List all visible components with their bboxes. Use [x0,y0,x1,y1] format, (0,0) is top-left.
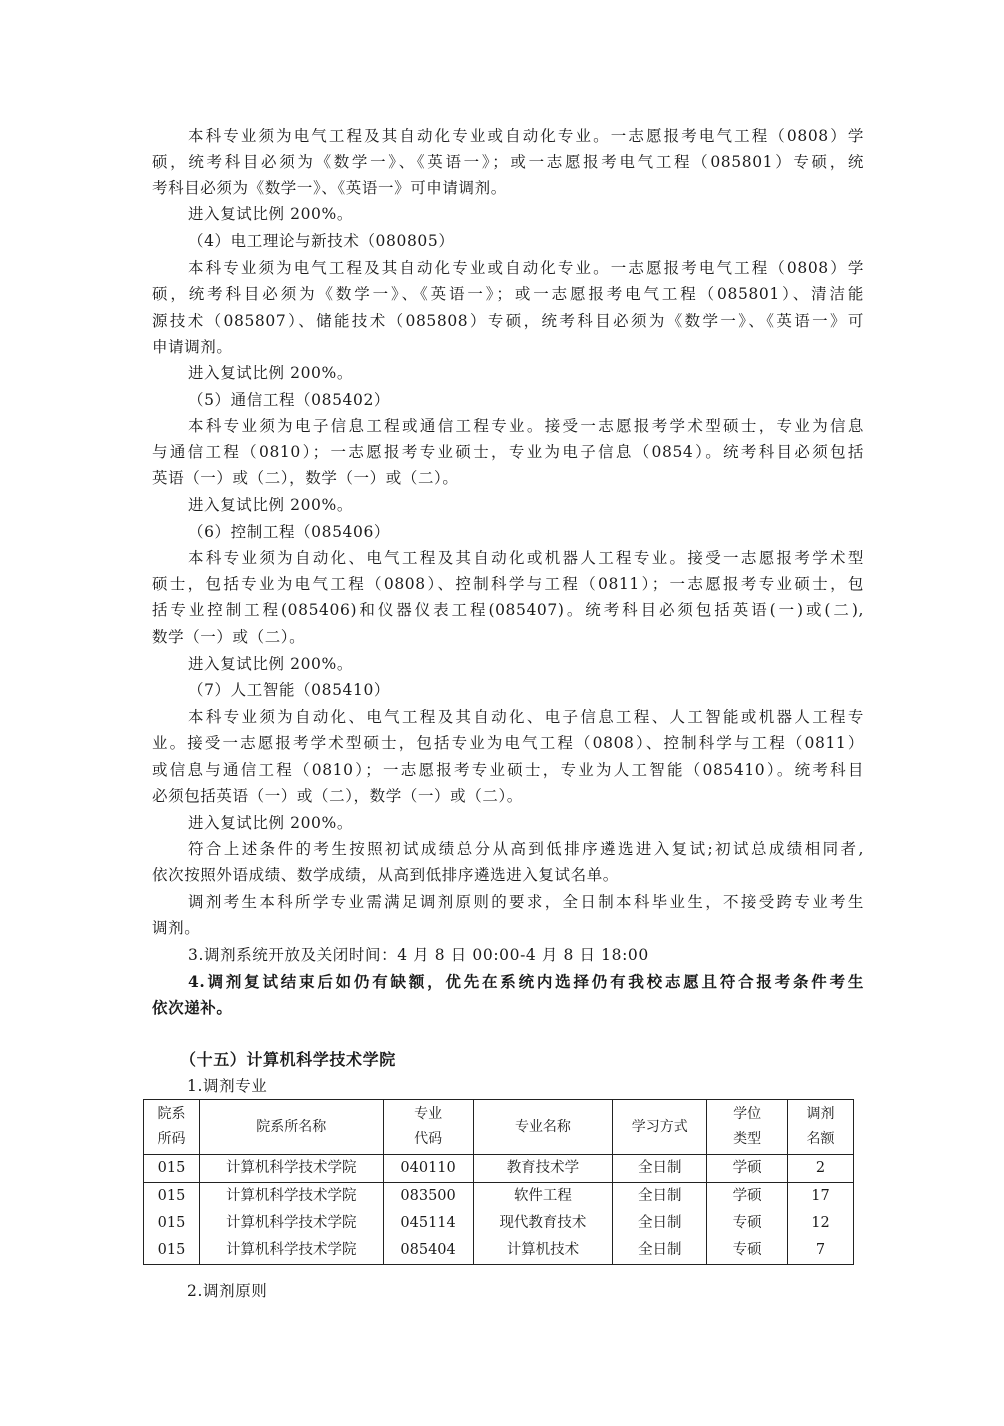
ratio-line: 进入复试比例 200%。 [188,813,353,833]
subsection-heading-6: （6）控制工程（085406） [188,522,390,542]
cell-major-code: 040110 [383,1155,473,1183]
cell-major-name: 教育技术学 [473,1155,613,1183]
subsection-heading-4: （4）电工理论与新技术（080805） [188,231,454,251]
cell-major-name: 现代教育技术 [473,1210,613,1237]
header-quota: 调剂名额 [788,1100,854,1155]
paragraph-line: 业。接受一志愿报考学术型硕士，包括专业为电气工程（0808）、控制科学与工程（0… [152,733,864,753]
paragraph-line: 英语（一）或（二），数学（一）或（二）。 [152,468,459,488]
paragraph-line: 符合上述条件的考生按照初试成绩总分从高到低排序遴选进入复试;初试总成绩相同者, [152,839,864,859]
cell-quota: 2 [788,1155,854,1183]
cell-major-code: 045114 [383,1210,473,1237]
table-row: 015 计算机科学技术学院 040110 教育技术学 全日制 学硕 2 [144,1155,854,1183]
ratio-line: 进入复试比例 200%。 [188,495,353,515]
header-dept-name: 院系所名称 [199,1100,383,1155]
paragraph-line: 必须包括英语（一）或（二），数学（一）或（二）。 [152,786,523,806]
cell-dept-code: 015 [144,1183,200,1211]
paragraph-line: 硕，统考科目必须为《数学一》、《英语一》；或一志愿报考电气工程（085801）、… [152,284,864,304]
table-row: 015 计算机科学技术学院 083500 软件工程 全日制 学硕 17 [144,1183,854,1211]
cell-major-name: 计算机技术 [473,1237,613,1265]
paragraph-line: 硕，统考科目必须为《数学一》、《英语一》；或一志愿报考电气工程（085801）专… [152,152,864,172]
paragraph-line: 本科专业须为自动化、电气工程及其自动化、电子信息工程、人工智能或机器人工程专 [152,707,864,727]
subsection-heading-7: （7）人工智能（085410） [188,680,390,700]
cell-degree-type: 学硕 [707,1183,788,1211]
ratio-line: 进入复试比例 200%。 [188,204,353,224]
subsection-heading: 1.调剂专业 [187,1076,267,1096]
cell-study-mode: 全日制 [613,1155,707,1183]
paragraph-line: 申请调剂。 [152,337,233,357]
document-page: 本科专业须为电气工程及其自动化专业或自动化专业。一志愿报考电气工程（0808）学… [0,0,1004,1426]
subsection-heading-5: （5）通信工程（085402） [188,390,390,410]
table-row: 015 计算机科学技术学院 045114 现代教育技术 全日制 专硕 12 [144,1210,854,1237]
cell-degree-type: 专硕 [707,1237,788,1265]
cell-major-code: 085404 [383,1237,473,1265]
header-major-name: 专业名称 [473,1100,613,1155]
paragraph-line: 数学（一）或（二）。 [152,627,305,647]
cell-degree-type: 专硕 [707,1210,788,1237]
bold-paragraph-line: 4.调剂复试结束后如仍有缺额，优先在系统内选择仍有我校志愿且符合报考条件考生 [152,972,864,992]
subsection-heading: 2.调剂原则 [187,1281,267,1301]
paragraph-line: 括专业控制工程(085406)和仪器仪表工程(085407)。统考科目必须包括英… [152,600,864,620]
header-study-mode: 学习方式 [613,1100,707,1155]
paragraph-line: 本科专业须为电子信息工程或通信工程专业。接受一志愿报考学术型硕士，专业为信息 [152,416,864,436]
paragraph-line: 硕士，包括专业为电气工程（0808）、控制科学与工程（0811）；一志愿报考专业… [152,574,864,594]
cell-study-mode: 全日制 [613,1237,707,1265]
paragraph-line: 本科专业须为电气工程及其自动化专业或自动化专业。一志愿报考电气工程（0808）学 [152,126,864,146]
quota-table: 院系所码 院系所名称 专业代码 专业名称 学习方式 学位类型 调剂名额 015 … [143,1099,854,1265]
section-title: （十五）计算机科学技术学院 [180,1050,396,1070]
table-row: 015 计算机科学技术学院 085404 计算机技术 全日制 专硕 7 [144,1237,854,1265]
cell-dept-name: 计算机科学技术学院 [199,1155,383,1183]
ratio-line: 进入复试比例 200%。 [188,363,353,383]
cell-study-mode: 全日制 [613,1183,707,1211]
cell-dept-name: 计算机科学技术学院 [199,1183,383,1211]
ratio-line: 进入复试比例 200%。 [188,654,353,674]
cell-dept-code: 015 [144,1155,200,1183]
cell-quota: 17 [788,1183,854,1211]
paragraph-line: 与通信工程（0810）；一志愿报考专业硕士，专业为电子信息（0854）。统考科目… [152,442,864,462]
cell-major-code: 083500 [383,1183,473,1211]
cell-dept-code: 015 [144,1237,200,1265]
table-header-row: 院系所码 院系所名称 专业代码 专业名称 学习方式 学位类型 调剂名额 [144,1100,854,1155]
cell-degree-type: 学硕 [707,1155,788,1183]
cell-quota: 7 [788,1237,854,1265]
header-degree-type: 学位类型 [707,1100,788,1155]
cell-dept-name: 计算机科学技术学院 [199,1210,383,1237]
header-dept-code: 院系所码 [144,1100,200,1155]
paragraph-line: 考科目必须为《数学一》、《英语一》可申请调剂。 [152,178,507,198]
cell-quota: 12 [788,1210,854,1237]
header-major-code: 专业代码 [383,1100,473,1155]
cell-dept-name: 计算机科学技术学院 [199,1237,383,1265]
paragraph-line: 本科专业须为自动化、电气工程及其自动化或机器人工程专业。接受一志愿报考学术型 [152,548,864,568]
cell-dept-code: 015 [144,1210,200,1237]
paragraph-line: 或信息与通信工程（0810）；一志愿报考专业硕士，专业为人工智能（085410）… [152,760,864,780]
cell-study-mode: 全日制 [613,1210,707,1237]
system-time-line: 3.调剂系统开放及关闭时间：4 月 8 日 00:00-4 月 8 日 18:0… [188,945,649,965]
paragraph-line: 调剂。 [152,918,200,938]
paragraph-line: 依次按照外语成绩、数学成绩，从高到低排序遴选进入复试名单。 [152,865,619,885]
paragraph-line: 源技术（085807）、储能技术（085808）专硕，统考科目必须为《数学一》、… [152,311,864,331]
paragraph-line: 本科专业须为电气工程及其自动化专业或自动化专业。一志愿报考电气工程（0808）学 [152,258,864,278]
cell-major-name: 软件工程 [473,1183,613,1211]
bold-paragraph-line: 依次递补。 [152,998,233,1018]
paragraph-line: 调剂考生本科所学专业需满足调剂原则的要求，全日制本科毕业生，不接受跨专业考生 [152,892,864,912]
